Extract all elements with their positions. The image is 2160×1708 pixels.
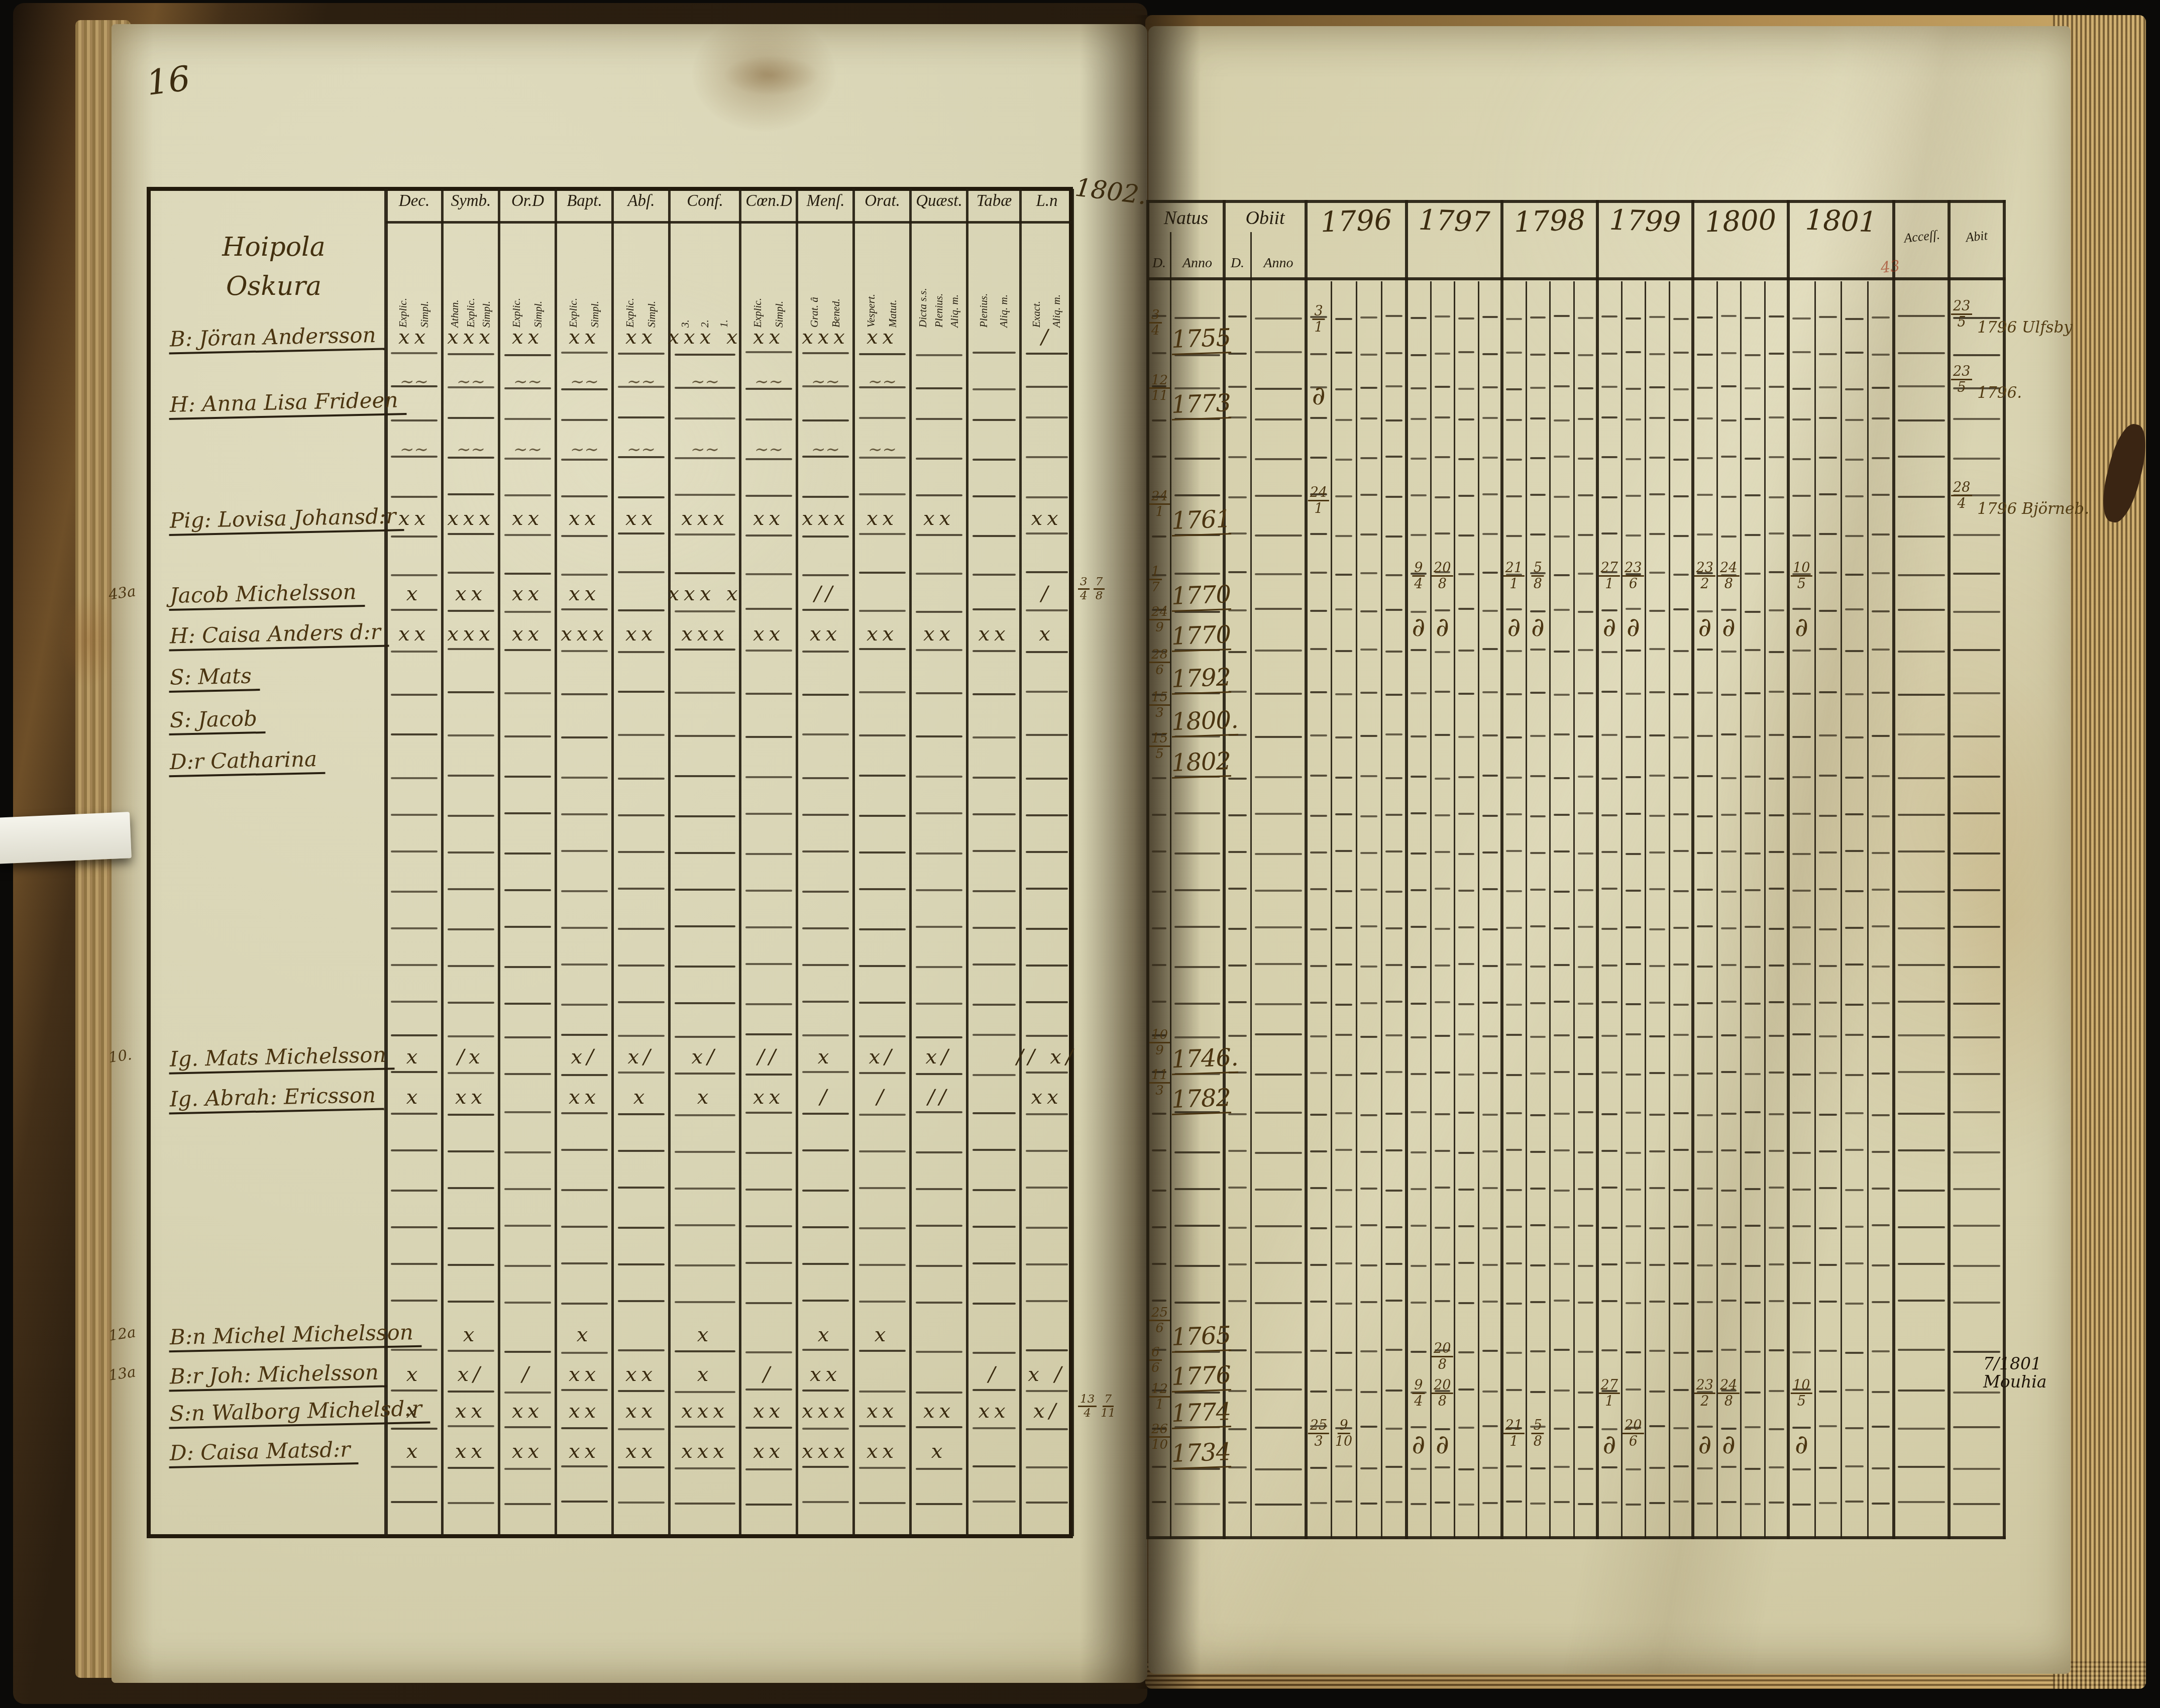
grid-line [1578,418,1594,420]
column-subheader-label: Aliq. m. [999,227,1009,328]
attendance-marks: x [406,1440,422,1463]
ditto-mark: ∂ [1412,612,1425,643]
grid-line [1872,1036,1890,1038]
attendance-marks: x∕ [627,1045,655,1069]
grid-line [1769,1300,1785,1302]
grid-line [1411,1111,1427,1113]
grid-line [448,1467,494,1469]
grid-line [1435,1466,1451,1468]
grid-line [1385,1001,1402,1003]
grid-line [1482,1301,1498,1303]
grid-line [973,495,1016,497]
grid-line [1898,1300,1945,1302]
grid-line [1649,851,1665,853]
grid-line [859,928,906,930]
grid-line [1673,388,1689,390]
grid-line [504,776,551,778]
attendance-marks: xx [398,507,430,530]
grid-line [1898,777,1945,779]
grid-line [1385,609,1402,611]
fraction-numerator: 7 [1103,1394,1114,1407]
flourish: ∼∼ [513,372,542,392]
grid-line [1626,1468,1642,1470]
grid-line [391,927,438,929]
grid-line [1458,608,1474,610]
grid-line [1152,850,1166,852]
grid-line [1554,850,1570,852]
grid-line [1458,693,1474,695]
grid-line [802,1226,849,1228]
column-header: Tabæ [967,192,1021,210]
grid-line [1360,1503,1377,1505]
grid-line [1649,1035,1665,1037]
grid-line [1482,1264,1498,1266]
communion-date-mark: 241 [1308,486,1329,515]
grid-line [1953,649,2000,651]
grid-line [859,1002,906,1004]
column-subheader-label: Explic. [625,227,635,328]
grid-line [1769,456,1785,458]
grid-line [802,1071,849,1073]
grid-line [1898,609,1945,611]
year-subcolumn-line [1645,281,1646,1538]
attendance-marks: xx [867,507,898,530]
grid-line [1385,651,1402,653]
year-subcolumn-line [1478,281,1479,1538]
fraction-numerator: 23 [1951,299,1972,315]
grid-line [1554,814,1570,816]
grid-line [1458,1152,1474,1154]
grid-line [1255,351,1302,353]
grid-line [1152,1113,1166,1115]
grid-line [1845,1501,1864,1503]
grid-line [1745,1111,1761,1113]
grid-line [1845,388,1864,390]
fraction-numerator: 5 [1532,561,1544,577]
grid-line [1506,1149,1522,1151]
abiit-note-line: Mouhia [1983,1373,2046,1391]
grid-line [802,1034,849,1036]
grid-line [1360,1264,1377,1266]
place-name-line1: Hoipola [166,232,382,262]
grid-line [1745,966,1761,968]
grid-line [1697,925,1713,927]
grid-line [1721,927,1737,929]
column-subheader-label: Simpl. [420,227,430,328]
grid-line [1335,777,1352,779]
grid-line [1482,734,1498,736]
attendance-marks: xx [625,326,657,349]
grid-line [1845,1112,1864,1114]
grid-line [1530,649,1546,651]
grid-line [1872,1002,1890,1004]
grid-line [1649,353,1665,355]
grid-line [916,812,962,814]
natus-day-month: 34 [1149,308,1162,337]
grid-line [391,1263,438,1265]
grid-line [1482,1150,1498,1152]
grid-line [561,1262,608,1264]
grid-line [1435,609,1451,611]
grid-line [916,354,962,356]
grid-line [916,1426,962,1428]
grid-line [1872,457,1890,459]
grid-line [1255,388,1302,390]
grid-line [745,1074,792,1076]
grid-line [618,734,665,736]
grid-line [1255,1427,1302,1429]
grid-line [1819,316,1838,318]
natus-year: 1765 [1171,1321,1231,1353]
abiit-note-dark: 7/1801Mouhia [1983,1355,2046,1391]
grid-line [1411,926,1427,928]
grid-line [1026,1187,1068,1189]
grid-line [1745,1503,1761,1505]
column-subheader: Athan.Explic.Simpl. [444,227,498,328]
fraction-denominator: 5 [1958,315,1966,329]
grid-line [1360,494,1377,496]
attendance-marks: xxx [802,507,849,530]
bookmark-ribbon [0,812,132,864]
natus-year: 1770 [1171,580,1231,612]
column-header: Cœn.D [740,192,797,210]
grid-line [1697,1467,1713,1469]
attendance-marks: xxx [681,622,729,646]
attendance-marks: xx [569,507,600,530]
grid-line [1255,693,1302,695]
grid-line [1458,1262,1474,1264]
grid-line [1697,1264,1713,1266]
grid-line [675,889,735,891]
grid-line [1174,889,1220,891]
marginal-red-mark: 43 [1880,257,1901,277]
grid-line [1458,1468,1474,1470]
grid-line [504,418,551,420]
grid-line [1255,1468,1302,1470]
grid-line [1721,1349,1737,1351]
grid-line [1697,1426,1713,1428]
grid-line [1255,736,1302,738]
grid-line [1872,692,1890,694]
abiit-note-text: 1796. [1977,384,2022,402]
grid-line [1845,927,1864,929]
grid-line [561,850,608,852]
grid-line [1228,496,1247,498]
grid-line [1626,1225,1642,1227]
grid-line [1255,1074,1302,1076]
grid-line [745,418,792,420]
grid-line [1458,458,1474,460]
column-subheader: Explic.Simpl. [501,227,555,328]
grid-line [561,1034,608,1036]
attendance-marks: x [406,1400,422,1423]
fraction-numerator: 6 [1149,1346,1162,1361]
communion-date-mark: 248 [1718,561,1739,591]
grid-line [1228,778,1247,780]
grid-line [1458,351,1474,353]
grid-line [1310,965,1327,967]
grid-line [1721,456,1737,458]
grid-line [1601,1035,1617,1037]
grid-line [1845,650,1864,652]
grid-line [561,1189,608,1191]
grid-line [1845,1303,1864,1305]
column-subheader-label: 1. [719,227,729,328]
grid-line [1026,1035,1068,1037]
grid-line [1673,890,1689,892]
grid-line [1872,1073,1890,1075]
grid-line [1411,1503,1427,1505]
fraction-denominator: 9 [1155,1043,1164,1057]
resident-name: Pig: Lovisa Johansd:r [168,503,404,536]
grid-line [1435,1150,1451,1152]
grid-line [1673,352,1689,354]
attendance-marks: ∕ [1041,582,1052,605]
grid-line [1360,1036,1377,1038]
grid-line [1769,609,1785,611]
grid-line [448,1072,494,1074]
grid-line [1174,1503,1220,1505]
grid-line [1335,1465,1352,1467]
grid-line [1310,1264,1327,1266]
grid-line [1649,417,1665,419]
grid-line [1721,352,1737,354]
column-subheader-label: 3. [681,227,691,328]
grid-line [1435,1227,1451,1229]
grid-line [561,419,608,421]
grid-line [1819,493,1838,495]
grid-line [1953,1225,2000,1227]
grid-line [1845,813,1864,815]
grid-line [504,1351,551,1353]
grid-line [448,1264,494,1266]
grid-line [504,1302,551,1304]
column-subheader-label: Explic. [466,227,476,328]
communion-date-mark: 208 [1432,1342,1453,1371]
fraction-denominator: 5 [1797,1394,1806,1408]
grid-line [1310,1502,1327,1504]
grid-line [1482,572,1498,574]
natus-day-month: 286 [1149,648,1170,677]
grid-line [1458,1033,1474,1035]
column-subheader: Explic.Simpl. [742,227,796,328]
grid-line [745,1262,792,1264]
grid-line [1310,1350,1327,1352]
grid-line [504,534,551,536]
grid-line [1255,458,1302,460]
grid-line [1360,387,1377,389]
natus-day-month: 113 [1149,1069,1170,1097]
grid-line [1310,1187,1327,1189]
grid-line [1506,495,1522,497]
grid-line [1335,850,1352,852]
grid-line [1819,1114,1838,1116]
ditto-mark: ∂ [1436,612,1449,643]
grid-line [1792,1468,1811,1470]
grid-line [1845,1427,1864,1429]
grid-line [802,1300,849,1302]
year-header: 1798 [1501,203,1598,240]
attendance-marks: xx [455,1400,487,1423]
abiit-note-text: 1796 Björneb. [1977,500,2089,518]
parish-register-scan: 16 1802. Hoipola Oskura Dec.Explic.Simpl… [0,0,2160,1708]
grid-line [1335,495,1352,497]
grid-line [1152,1190,1166,1192]
grid-line [504,1003,551,1005]
grid-line [1506,1074,1522,1076]
natus-year: 1746. [1171,1043,1238,1076]
fraction-denominator: 2 [1700,1394,1709,1408]
grid-line [1721,733,1737,735]
grid-line [1578,966,1594,968]
grid-line [1792,890,1811,892]
grid-line [448,648,494,650]
grid-line [1601,1466,1617,1468]
grid-line [1554,315,1570,317]
fraction-numerator: 3 [1149,308,1162,324]
grid-line [1601,1300,1617,1302]
grid-line [675,966,735,968]
grid-line [1435,386,1451,388]
grid-line [1385,964,1402,966]
grid-line [1554,777,1570,779]
grid-line [1601,888,1617,890]
grid-line [1626,317,1642,319]
year-header: 1796 [1306,203,1407,240]
fraction-numerator: 23 [1951,365,1972,380]
grid-line [618,928,665,930]
grid-line [973,388,1016,390]
fraction-denominator: 1 [1155,1398,1164,1411]
grid-line [1819,1264,1838,1266]
grid-line [859,1035,906,1037]
grid-line [1435,1113,1451,1115]
grid-line [745,813,792,815]
grid-line [1360,1002,1377,1004]
grid-line [1721,1501,1737,1503]
fraction-numerator: 10 [1149,1028,1170,1043]
attendance-marks: xx [512,326,544,349]
grid-line [561,650,608,652]
column-subheader-label: Simpl. [482,227,492,328]
grid-line [675,692,735,694]
grid-line [1458,1074,1474,1076]
resident-name: B:r Joh: Michelsson [168,1359,387,1392]
grid-line [1745,1003,1761,1005]
edge-fraction: 711 [1101,1394,1115,1419]
grid-line [1898,733,1945,735]
grid-line [973,964,1016,966]
grid-line [1769,532,1785,535]
grid-line [1152,456,1166,458]
grid-line [1255,1389,1302,1391]
grid-line [1673,1427,1689,1429]
grid-line [1228,1113,1247,1115]
resident-name: Ig. Mats Michelsson [168,1042,394,1074]
grid-line [1152,1501,1166,1503]
grid-line [1626,813,1642,815]
grid-line [391,419,438,421]
grid-line [561,1149,608,1151]
grid-line [675,1264,735,1266]
grid-line [1819,1002,1838,1004]
grid-line [1152,536,1166,538]
fraction-denominator: 8 [1438,1394,1447,1408]
grid-line [1385,315,1402,317]
grid-line [1530,692,1546,694]
grid-line [1769,965,1785,967]
grid-line [1360,316,1377,318]
grid-line [1360,735,1377,737]
grid-line [1411,776,1427,778]
grid-line [973,1465,1016,1467]
grid-line [1174,1151,1220,1153]
grid-line [973,736,1016,738]
grid-line [1898,1149,1945,1151]
grid-line [1898,927,1945,929]
attendance-marks: xx [867,622,898,646]
grid-line [1872,610,1890,612]
fraction-denominator: 3 [1155,706,1164,719]
year-subcolumn-line [1331,281,1332,1538]
left-table-vline [668,189,671,1536]
grid-line [1721,1263,1737,1265]
fraction-numerator: 3 [1078,576,1090,590]
grid-line [1673,1189,1689,1191]
grid-line [1601,734,1617,736]
grid-line [1435,778,1451,780]
grid-line [448,533,494,535]
grid-line [1411,458,1427,460]
grid-line [1554,352,1570,354]
grid-line [1845,1149,1864,1151]
grid-line [561,927,608,929]
grid-line [1385,1226,1402,1228]
attendance-marks: xx [569,582,600,605]
grid-line [1649,1227,1665,1229]
fraction-numerator: 10 [1791,1378,1812,1394]
attendance-marks: x [818,1323,834,1346]
grid-line [1697,354,1713,356]
grid-line [1845,1262,1864,1264]
grid-line [1649,1502,1665,1504]
grid-line [973,1034,1016,1036]
grid-line [745,573,792,575]
grid-line [1769,651,1785,653]
flourish: ∼∼ [811,372,840,392]
grid-line [1872,417,1890,419]
attendance-marks: xx [978,622,1010,646]
grid-line [1174,1302,1220,1304]
grid-line [1310,417,1327,419]
grid-line [1673,736,1689,738]
grid-line [1745,692,1761,694]
grid-line [504,1188,551,1190]
grid-line [1506,890,1522,892]
attendance-marks: ∕ [1041,326,1052,349]
grid-line [973,1112,1016,1114]
grid-line [1174,494,1220,496]
grid-line [1845,1189,1864,1191]
flourish: ∼∼ [400,440,428,460]
grid-line [1745,1188,1761,1190]
grid-line [1649,1187,1665,1189]
grid-line [1578,1003,1594,1005]
grid-line [916,1351,962,1353]
grid-line [1411,494,1427,496]
grid-line [1554,1001,1570,1003]
grid-line [675,1036,735,1038]
